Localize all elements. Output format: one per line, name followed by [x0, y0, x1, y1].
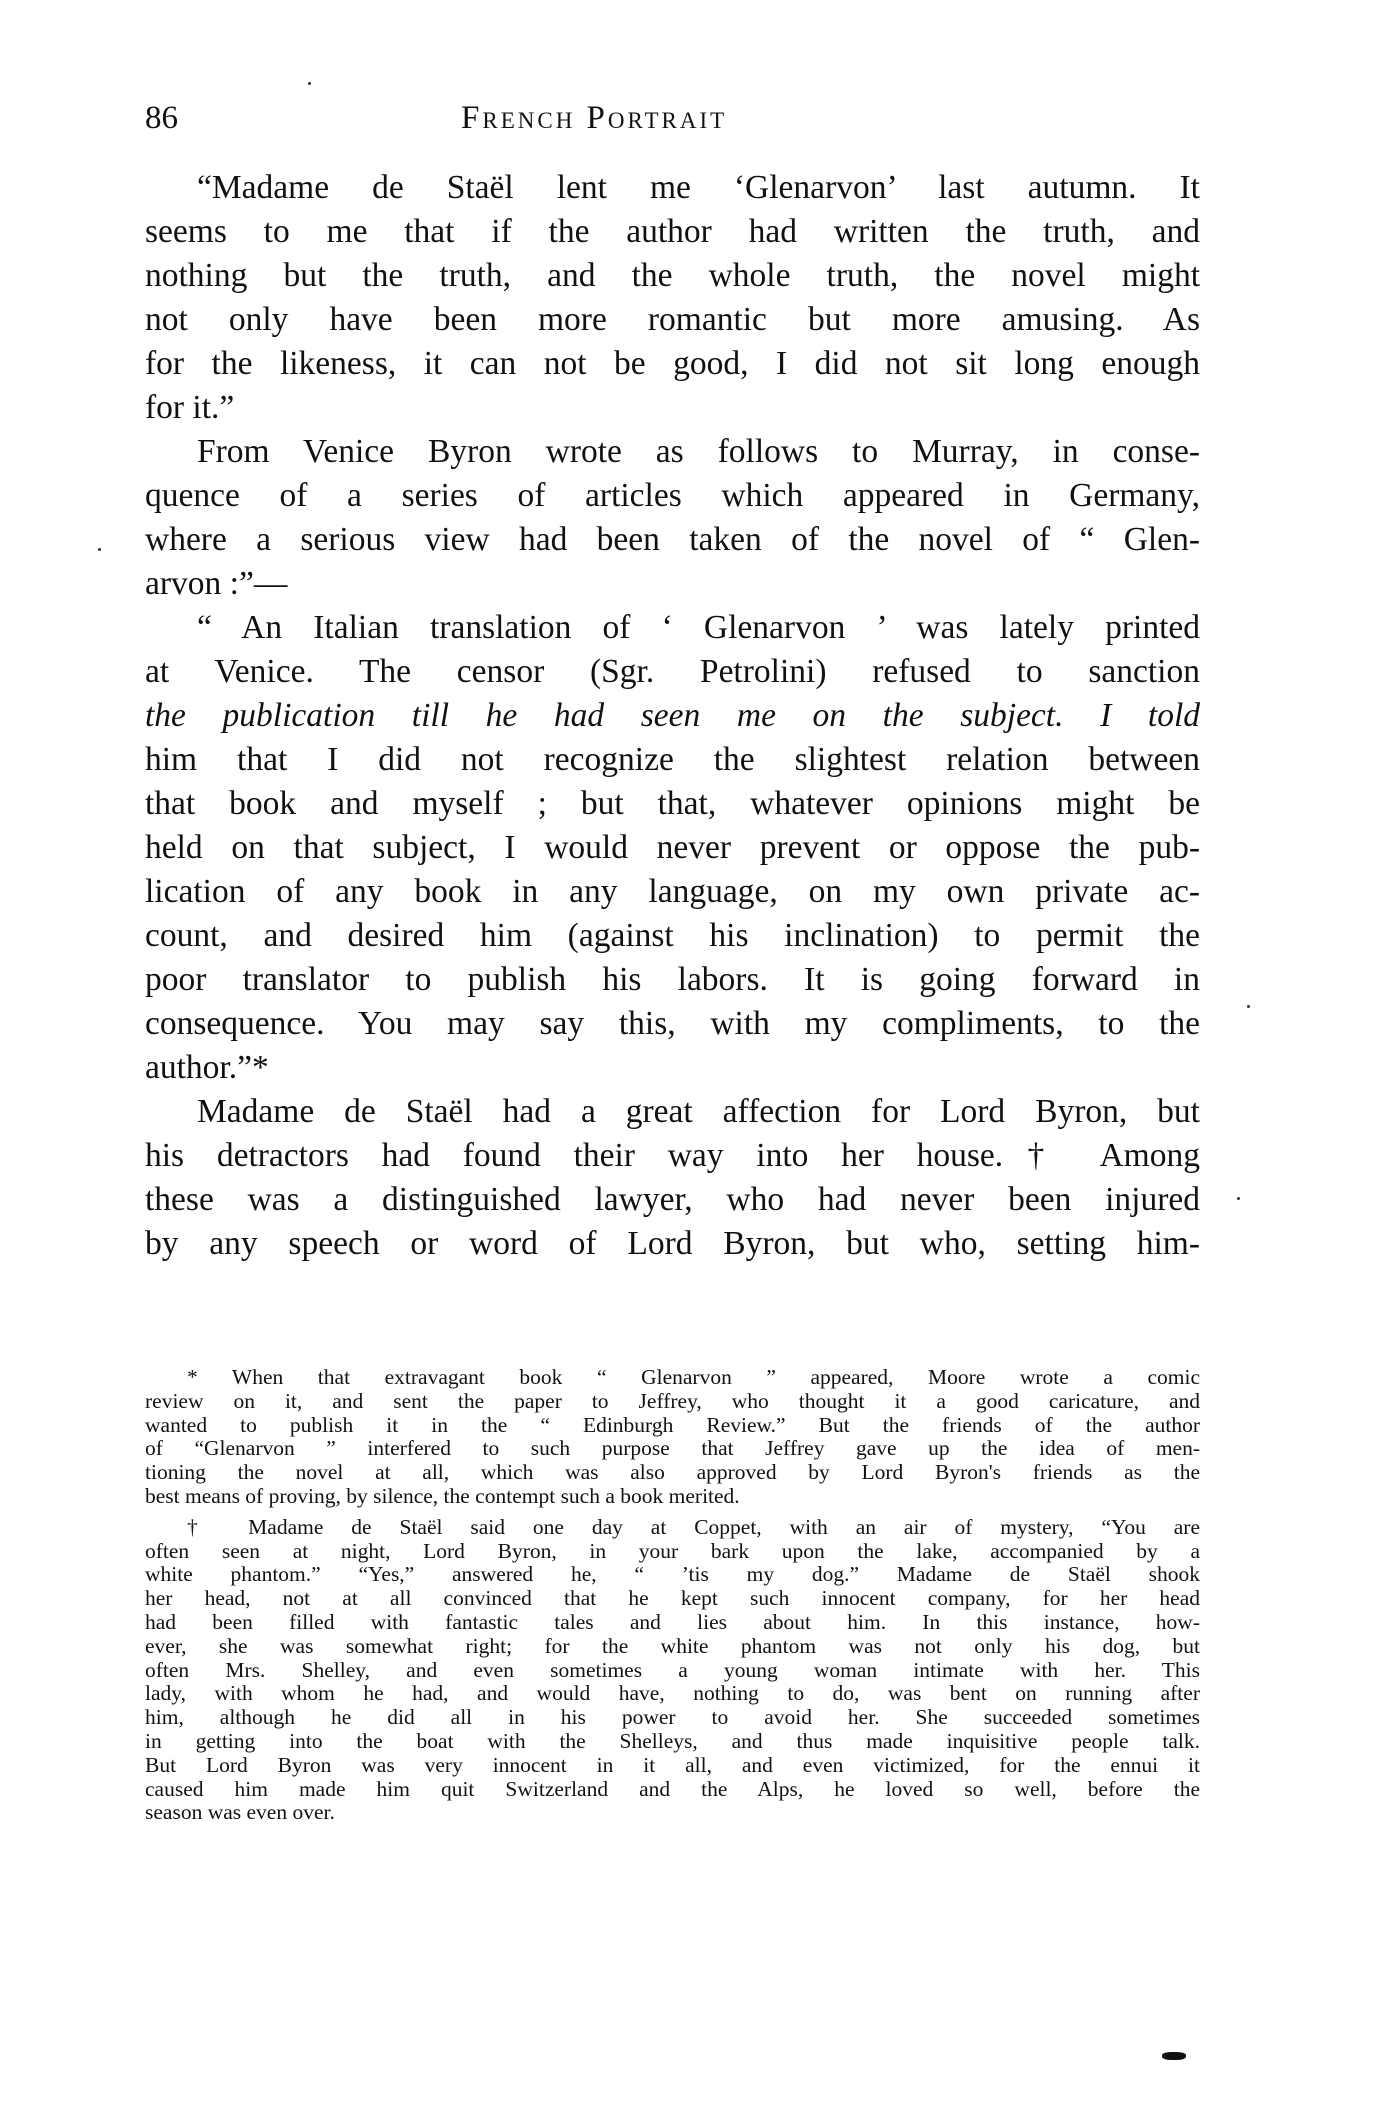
footnote-line: review on it, and sent the paper to Jeff… [145, 1390, 1200, 1414]
text-line: nothing but the truth, and the whole tru… [145, 254, 1200, 298]
text-line: consequence. You may say this, with my c… [145, 1002, 1200, 1046]
running-head: French Portrait [461, 100, 727, 137]
text-line: for it.” [145, 386, 1200, 430]
text-line: arvon :”— [145, 562, 1200, 606]
speck-icon [98, 548, 101, 551]
paragraph: “Madame de Staël lent me ‘Glenarvon’ las… [145, 166, 1200, 430]
footnote-line: in getting into the boat with the Shelle… [145, 1730, 1200, 1754]
page-header: 86 French Portrait [145, 100, 1200, 144]
text-line: Madame de Staël had a great affection fo… [145, 1090, 1200, 1134]
footnote-line: † Madame de Staël said one day at Coppet… [145, 1516, 1200, 1540]
text-line: From Venice Byron wrote as follows to Mu… [145, 430, 1200, 474]
speck-icon [308, 82, 311, 85]
speck-icon [1247, 1005, 1250, 1008]
footnotes: * When that extravagant book “ Glenarvon… [145, 1366, 1200, 1825]
footnote-line: had been filled with fantastic tales and… [145, 1611, 1200, 1635]
text-line: these was a distinguished lawyer, who ha… [145, 1178, 1200, 1222]
footnote-line: of “Glenarvon ” interfered to such purpo… [145, 1437, 1200, 1461]
footnote-line: season was even over. [145, 1801, 1200, 1825]
ink-mark-icon [1162, 2052, 1186, 2060]
text-line: quence of a series of articles which app… [145, 474, 1200, 518]
footnote-line: caused him made him quit Switzerland and… [145, 1778, 1200, 1802]
body-text: “Madame de Staël lent me ‘Glenarvon’ las… [145, 166, 1200, 1266]
footnote-dagger: † Madame de Staël said one day at Coppet… [145, 1516, 1200, 1825]
text-line: by any speech or word of Lord Byron, but… [145, 1222, 1200, 1266]
text-line: the publication till he had seen me on t… [145, 694, 1200, 738]
footnote-line: him, although he did all in his power to… [145, 1706, 1200, 1730]
text-line: him that I did not recognize the slighte… [145, 738, 1200, 782]
text-line: “Madame de Staël lent me ‘Glenarvon’ las… [145, 166, 1200, 210]
text-line: where a serious view had been taken of t… [145, 518, 1200, 562]
footnote-asterisk: * When that extravagant book “ Glenarvon… [145, 1366, 1200, 1509]
footnote-line: But Lord Byron was very innocent in it a… [145, 1754, 1200, 1778]
text-line: that book and myself ; but that, whateve… [145, 782, 1200, 826]
footnote-line: lady, with whom he had, and would have, … [145, 1682, 1200, 1706]
text-line: seems to me that if the author had writt… [145, 210, 1200, 254]
text-line: held on that subject, I would never prev… [145, 826, 1200, 870]
footnote-line: often Mrs. Shelley, and even sometimes a… [145, 1659, 1200, 1683]
footnote-line: * When that extravagant book “ Glenarvon… [145, 1366, 1200, 1390]
speck-icon [1237, 1197, 1240, 1200]
paragraph: Madame de Staël had a great affection fo… [145, 1090, 1200, 1266]
text-line: “ An Italian translation of ‘ Glenarvon … [145, 606, 1200, 650]
paragraph: “ An Italian translation of ‘ Glenarvon … [145, 606, 1200, 1090]
footnote-line: tioning the novel at all, which was also… [145, 1461, 1200, 1485]
text-line: for the likeness, it can not be good, I … [145, 342, 1200, 386]
text-line: poor translator to publish his labors. I… [145, 958, 1200, 1002]
footnote-line: wanted to publish it in the “ Edinburgh … [145, 1414, 1200, 1438]
text-line: his detractors had found their way into … [145, 1134, 1200, 1178]
footnote-line: best means of proving, by silence, the c… [145, 1485, 1200, 1509]
text-line: at Venice. The censor (Sgr. Petrolini) r… [145, 650, 1200, 694]
page-number: 86 [145, 100, 178, 137]
text-line: count, and desired him (against his incl… [145, 914, 1200, 958]
footnote-line: ever, she was somewhat right; for the wh… [145, 1635, 1200, 1659]
text-line: author.”* [145, 1046, 1200, 1090]
paragraph: From Venice Byron wrote as follows to Mu… [145, 430, 1200, 606]
footnote-line: white phantom.” “Yes,” answered he, “ ’t… [145, 1563, 1200, 1587]
text-line: not only have been more romantic but mor… [145, 298, 1200, 342]
text-line: lication of any book in any language, on… [145, 870, 1200, 914]
footnote-line: often seen at night, Lord Byron, in your… [145, 1540, 1200, 1564]
footnote-line: her head, not at all convinced that he k… [145, 1587, 1200, 1611]
